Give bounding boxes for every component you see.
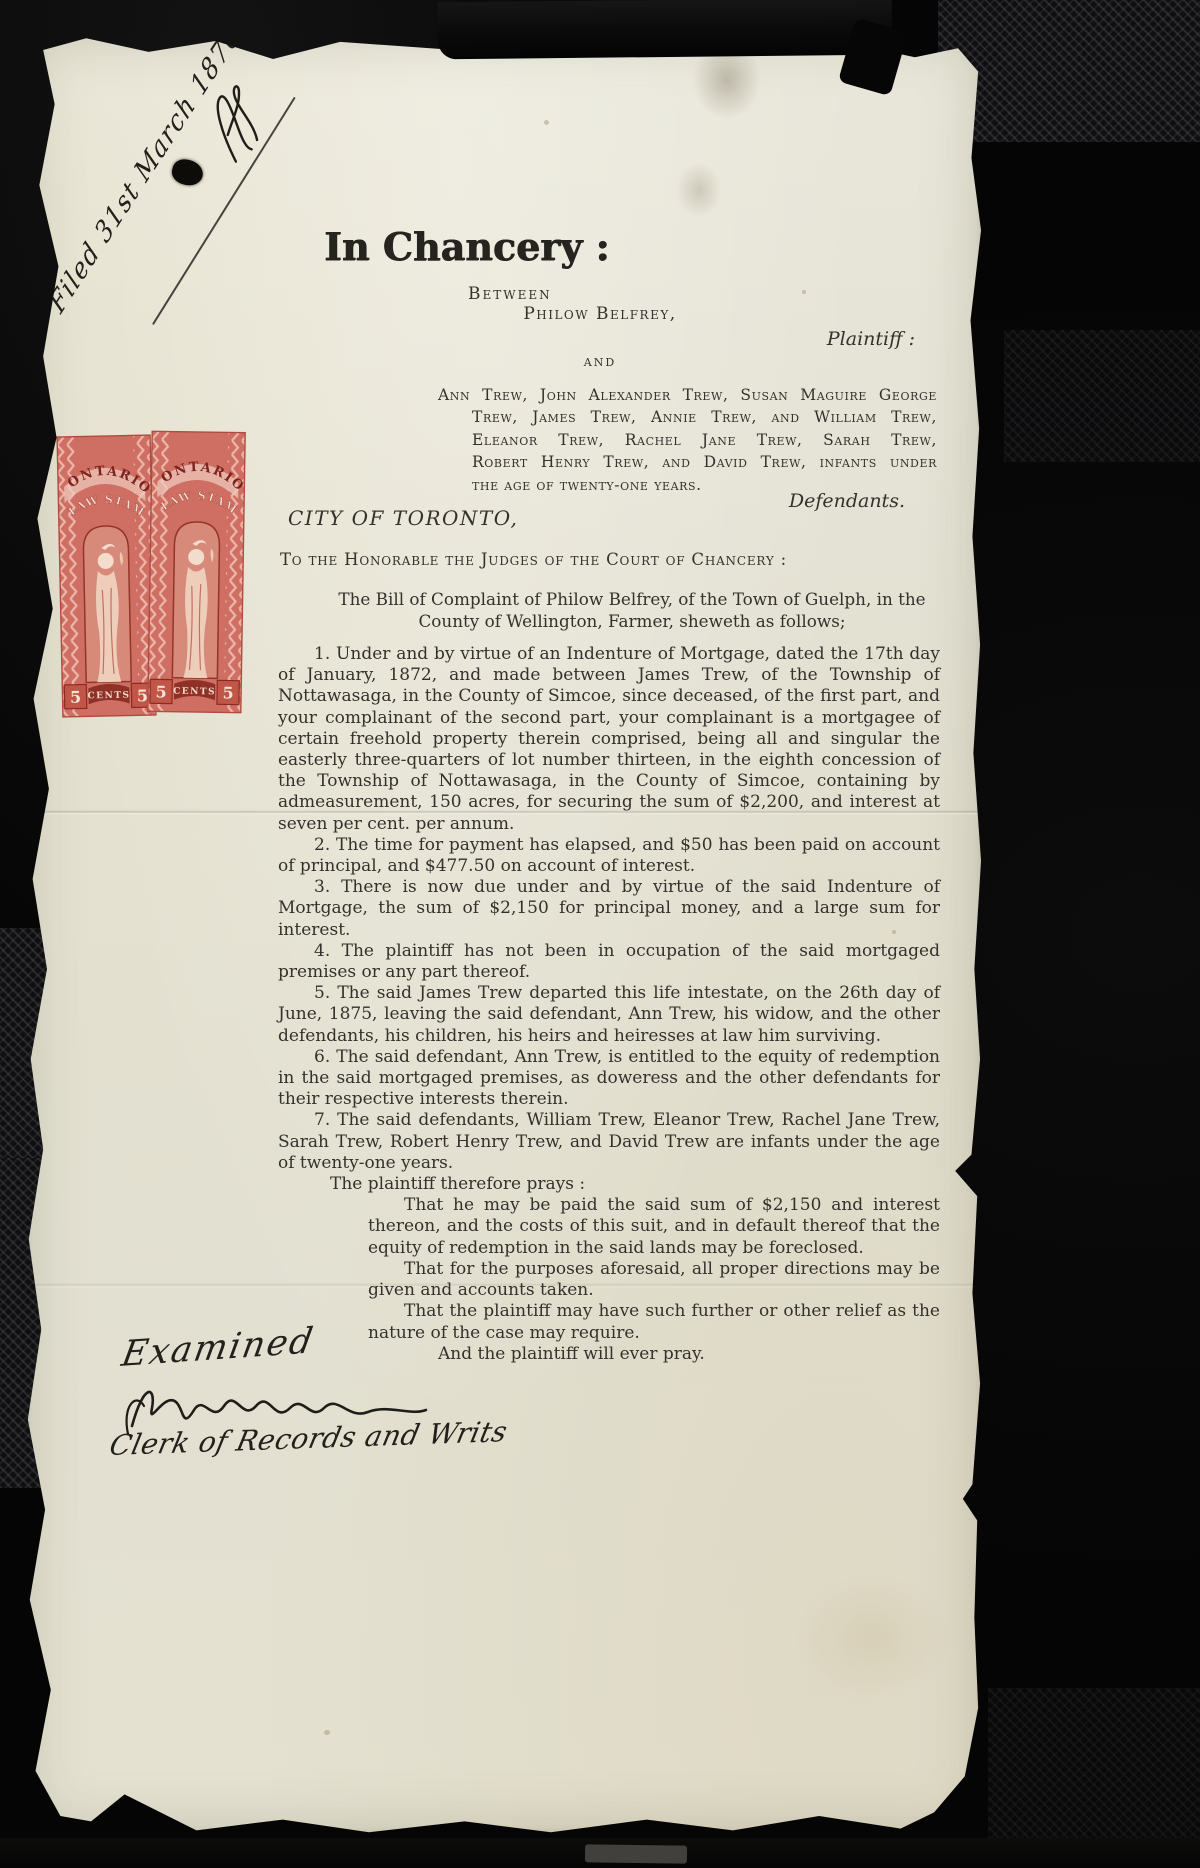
prays-line: The plaintiff therefore prays :: [278, 1174, 940, 1195]
bill-body: 1. Under and by virtue of an Indenture o…: [278, 644, 940, 1365]
law-stamp: ONTARIO LAW STAMP 5 5 CENTS: [146, 425, 248, 718]
filing-note-handwriting: Filed 31st March 1876: [44, 20, 246, 320]
paper-stain: [794, 1572, 954, 1702]
bill-paragraph-2: 2. The time for payment has elapsed, and…: [278, 835, 940, 877]
bill-paragraph-1: 1. Under and by virtue of an Indenture o…: [278, 644, 940, 835]
defendants-line: Trew, James Trew, Annie Trew, and Willia…: [438, 406, 937, 428]
stamp-denomination-left: 5: [70, 688, 82, 707]
stamp-unit-text: CENTS: [173, 687, 216, 698]
bill-paragraph-5: 5. The said James Trew departed this lif…: [278, 983, 940, 1047]
bill-intro-line: The Bill of Complaint of Philow Belfrey,…: [310, 588, 954, 610]
closing-line: And the plaintiff will ever pray.: [368, 1344, 940, 1365]
stamp-denomination-left: 5: [155, 682, 166, 701]
defendants-line: Eleanor Trew, Rachel Jane Trew, Sarah Tr…: [438, 429, 937, 451]
paper-stain: [676, 162, 722, 218]
paper-speck: [324, 1730, 330, 1735]
table-edge-glint: [585, 1844, 687, 1863]
prayer-block: That he may be paid the said sum of $2,1…: [368, 1195, 940, 1365]
stamp-denomination-right: 5: [222, 683, 233, 702]
bill-intro: The Bill of Complaint of Philow Belfrey,…: [310, 588, 954, 632]
plaintiff-label: Plaintiff :: [715, 328, 915, 350]
and-label: and: [450, 352, 750, 370]
prayer-paragraph-1: That he may be paid the said sum of $2,1…: [368, 1195, 940, 1259]
background-texture-right: [1004, 330, 1200, 462]
bill-intro-line: County of Wellington, Farmer, sheweth as…: [310, 610, 954, 632]
bill-paragraph-7: 7. The said defendants, William Trew, El…: [278, 1110, 940, 1174]
defendants-line: Ann Trew, John Alexander Trew, Susan Mag…: [438, 384, 937, 406]
black-binder-strap: [438, 0, 893, 59]
court-heading: In Chancery :: [324, 224, 609, 269]
between-label: Between: [468, 284, 552, 304]
paper-speck: [544, 120, 549, 125]
prayer-paragraph-2: That for the purposes aforesaid, all pro…: [368, 1259, 940, 1301]
law-stamp: ONTARIO LAW STAMP 5 5 CENTS: [55, 429, 158, 723]
defendants-label: Defendants.: [705, 490, 905, 512]
plaintiff-name: Philow Belfrey,: [450, 304, 750, 324]
paper-speck: [802, 290, 806, 294]
stamp-unit-text: CENTS: [87, 691, 130, 702]
paper-hole: [169, 157, 205, 189]
photo-background: Filed 31st March 1876 ONTARIO: [0, 0, 1200, 1868]
bill-paragraph-3: 3. There is now due under and by virtue …: [278, 877, 940, 941]
bill-paragraph-4: 4. The plaintiff has not been in occupat…: [278, 941, 940, 983]
defendants-line: Robert Henry Trew, and David Trew, infan…: [438, 451, 937, 473]
defendants-name-block: Ann Trew, John Alexander Trew, Susan Mag…: [438, 384, 937, 496]
venue-line: CITY OF TORONTO,: [288, 506, 518, 530]
prayer-paragraph-3: That the plaintiff may have such further…: [368, 1301, 940, 1343]
document-paper: Filed 31st March 1876 ONTARIO: [24, 32, 982, 1834]
address-to-judges: To the Honorable the Judges of the Court…: [280, 550, 787, 569]
bill-paragraph-6: 6. The said defendant, Ann Trew, is enti…: [278, 1047, 940, 1111]
